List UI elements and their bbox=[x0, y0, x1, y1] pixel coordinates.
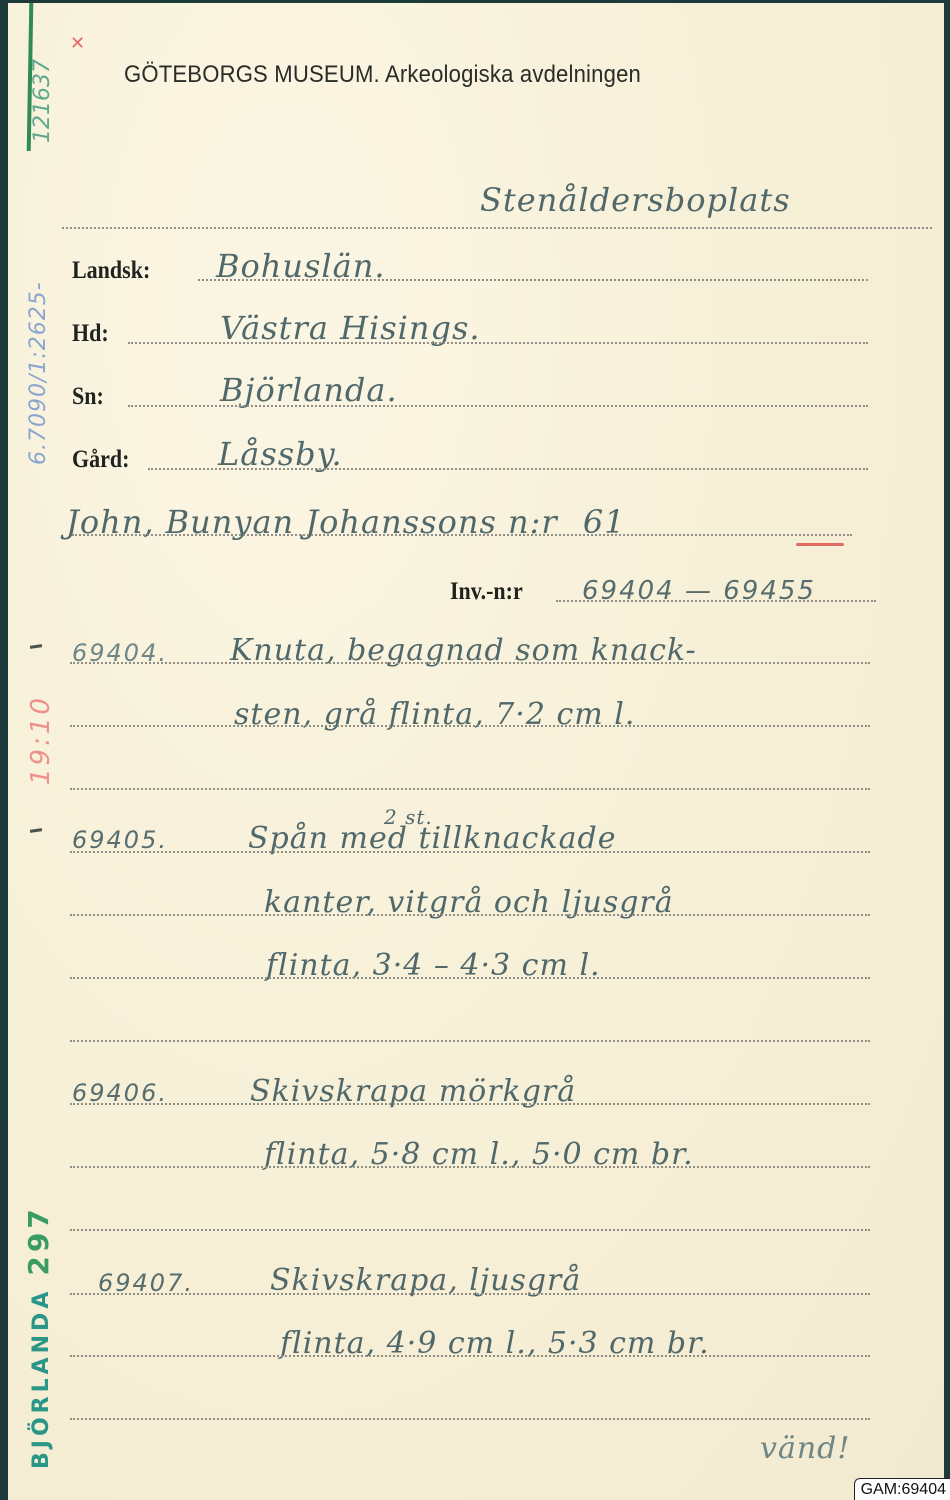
dotted-rule bbox=[70, 662, 870, 664]
field-label-landskap: Landsk: bbox=[72, 257, 150, 285]
dotted-rule bbox=[70, 1229, 870, 1231]
field-label-gard: Gård: bbox=[72, 446, 129, 474]
dotted-rule bbox=[70, 725, 870, 727]
dotted-rule bbox=[70, 1293, 870, 1295]
stamp-number: 297 bbox=[22, 1205, 55, 1275]
field-label-harad: Hd: bbox=[72, 320, 109, 348]
dotted-rule bbox=[70, 851, 870, 853]
dotted-rule bbox=[70, 788, 870, 790]
catalog-id-label: GAM:69404 bbox=[854, 1478, 950, 1500]
margin-dash bbox=[30, 644, 42, 649]
dotted-rule bbox=[70, 914, 870, 916]
stamp-place: BJÖRLANDA bbox=[29, 1288, 54, 1469]
field-label-socken: Sn: bbox=[72, 383, 104, 411]
dotted-rule bbox=[556, 600, 876, 602]
dotted-rule bbox=[148, 468, 868, 470]
site-type: Stenåldersboplats bbox=[480, 181, 791, 219]
inventory-label: Inv.-n:r bbox=[450, 578, 523, 606]
dotted-rule bbox=[128, 342, 868, 344]
field-value-socken: Björlanda. bbox=[220, 371, 398, 409]
margin-dash bbox=[30, 828, 42, 833]
museum-header: GÖTEBORGS MUSEUM. Arkeologiska avdelning… bbox=[124, 61, 641, 89]
margin-note-blue: 6.7090/1:2625- bbox=[26, 281, 51, 465]
dotted-rule bbox=[70, 1166, 870, 1168]
entry-number: 69405. bbox=[72, 826, 168, 854]
dotted-rule bbox=[72, 534, 852, 536]
dotted-rule bbox=[70, 1103, 870, 1105]
red-underline bbox=[796, 543, 844, 546]
red-x-mark: ✕ bbox=[70, 33, 85, 54]
dotted-rule bbox=[70, 977, 870, 979]
dotted-rule bbox=[70, 1418, 870, 1420]
stamp-parish: BJÖRLANDA297 bbox=[22, 1205, 55, 1469]
dotted-rule bbox=[128, 405, 868, 407]
margin-note-green: 121637 bbox=[30, 59, 55, 143]
dotted-rule bbox=[62, 227, 932, 229]
dotted-rule bbox=[198, 279, 868, 281]
catalog-card: ✕ 121637 6.7090/1:2625- 19:10 BJÖRLANDA2… bbox=[8, 3, 944, 1500]
dotted-rule bbox=[70, 1040, 870, 1042]
turn-over-note: vänd! bbox=[760, 1431, 850, 1466]
dotted-rule bbox=[70, 1355, 870, 1357]
margin-note-red: 19:10 bbox=[26, 695, 56, 785]
